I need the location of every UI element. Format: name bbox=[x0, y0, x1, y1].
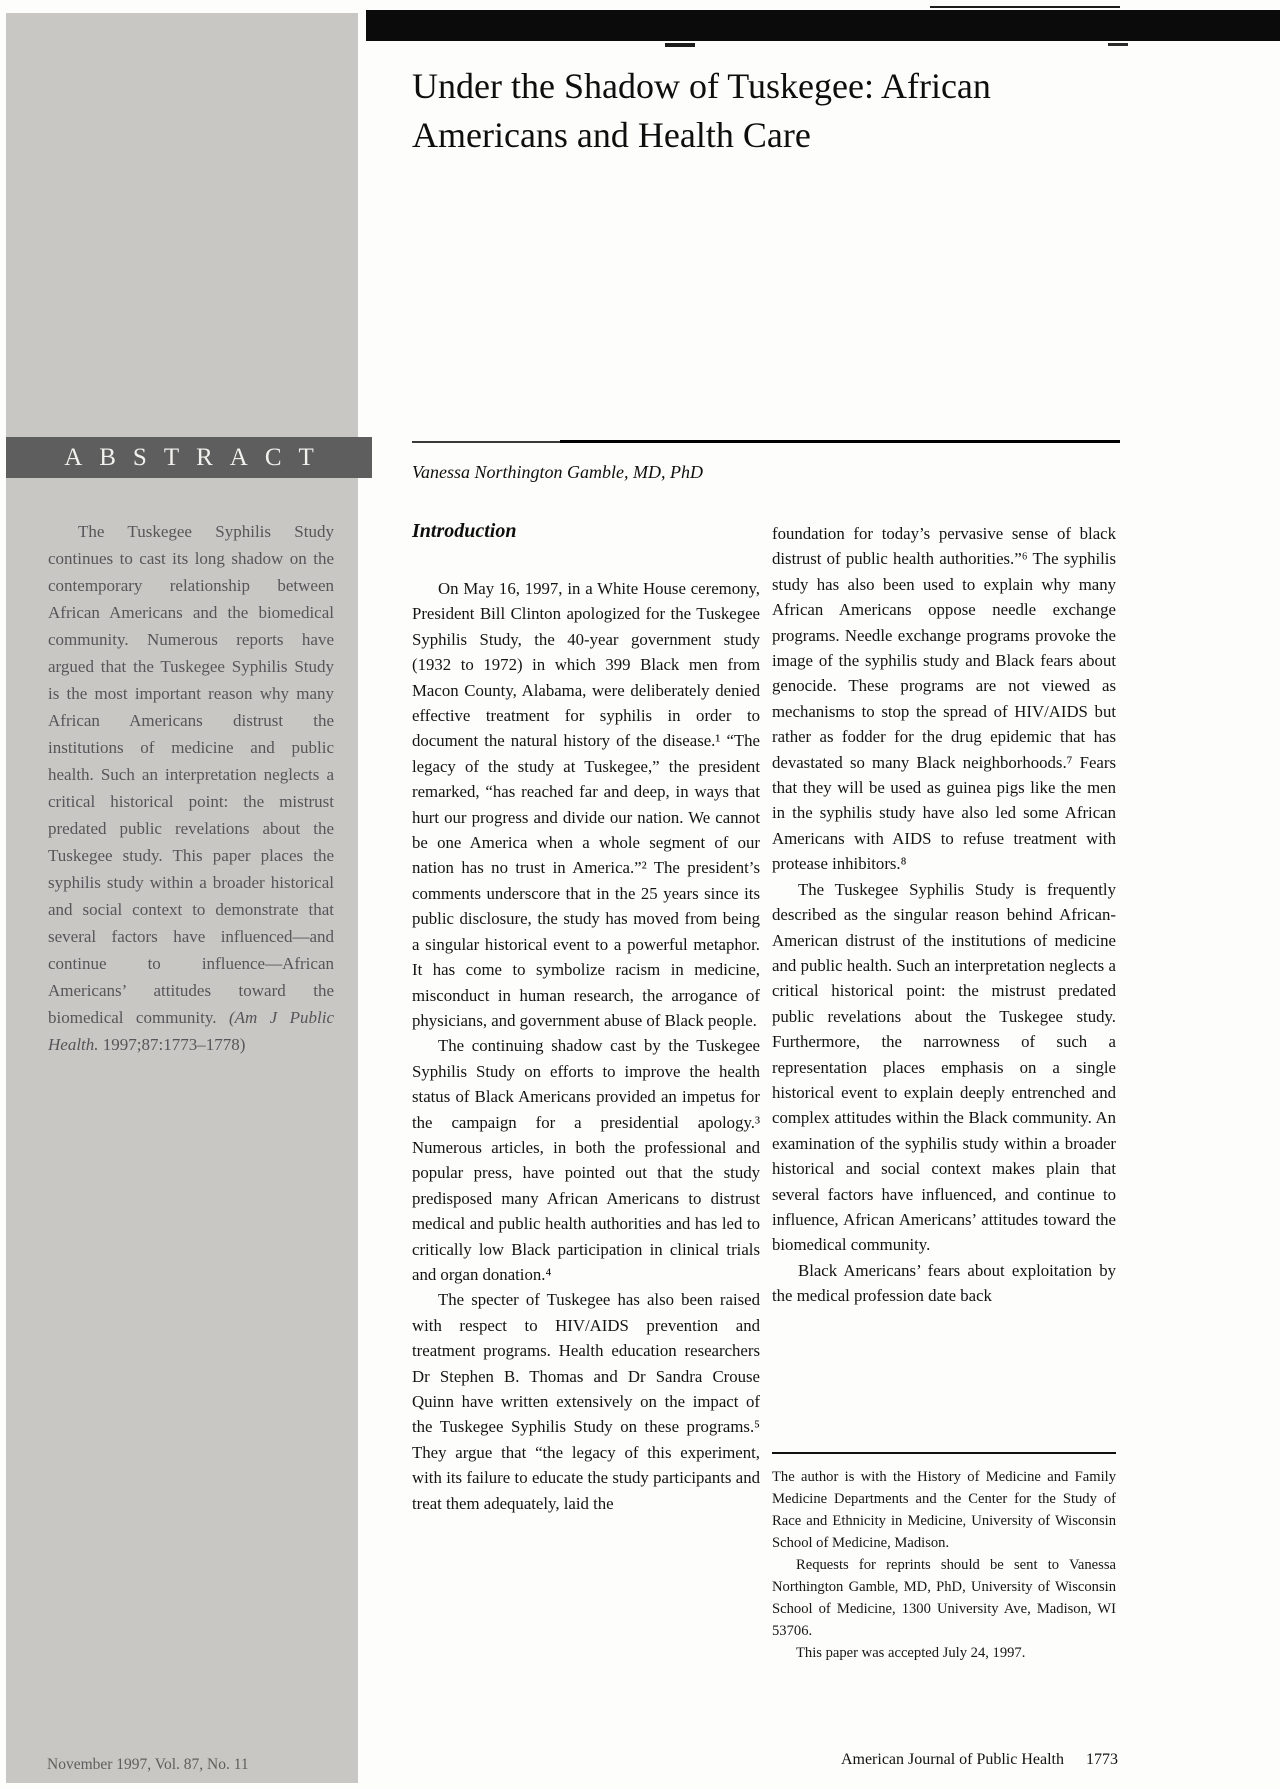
abstract-header-bar: ABSTRACT bbox=[6, 437, 372, 478]
article-title: Under the Shadow of Tuskegee: African Am… bbox=[412, 62, 1112, 160]
abstract-text: The Tuskegee Syphilis Study continues to… bbox=[48, 518, 334, 1058]
journal-name: American Journal of Public Health bbox=[841, 1751, 1064, 1768]
header-rule-dark-segment bbox=[560, 440, 1120, 443]
body-column-1: On May 16, 1997, in a White House ceremo… bbox=[412, 576, 760, 1516]
scan-artifact-dash bbox=[1108, 43, 1128, 46]
footnote-affiliation: The author is with the History of Medici… bbox=[772, 1466, 1116, 1554]
paragraph: On May 16, 1997, in a White House ceremo… bbox=[412, 576, 760, 1033]
body-column-2: foundation for today’s pervasive sense o… bbox=[772, 521, 1116, 1309]
scan-artifact-line bbox=[930, 6, 1120, 8]
abstract-sidebar: ABSTRACT The Tuskegee Syphilis Study con… bbox=[6, 13, 358, 1783]
paragraph: The Tuskegee Syphilis Study is frequentl… bbox=[772, 877, 1116, 1258]
abstract-citation-volume: 1997;87:1773–1778) bbox=[103, 1035, 246, 1054]
section-heading-introduction: Introduction bbox=[412, 520, 516, 543]
abstract-label: ABSTRACT bbox=[47, 444, 331, 472]
top-black-bar bbox=[366, 10, 1280, 41]
issue-footer: November 1997, Vol. 87, No. 11 bbox=[47, 1756, 249, 1774]
paragraph: foundation for today’s pervasive sense o… bbox=[772, 521, 1116, 877]
paragraph: The continuing shadow cast by the Tuskeg… bbox=[412, 1033, 760, 1287]
journal-footer: American Journal of Public Health1773 bbox=[700, 1751, 1118, 1769]
abstract-body: The Tuskegee Syphilis Study continues to… bbox=[48, 522, 334, 1027]
author-byline: Vanessa Northington Gamble, MD, PhD bbox=[412, 462, 1012, 483]
paragraph: The specter of Tuskegee has also been ra… bbox=[412, 1287, 760, 1516]
footnote-rule bbox=[772, 1452, 1116, 1454]
footnote-reprints: Requests for reprints should be sent to … bbox=[772, 1554, 1116, 1642]
paragraph: Black Americans’ fears about exploitatio… bbox=[772, 1258, 1116, 1309]
page-number: 1773 bbox=[1086, 1751, 1118, 1768]
scan-artifact-dash bbox=[665, 43, 695, 47]
footnote-accepted: This paper was accepted July 24, 1997. bbox=[772, 1642, 1116, 1664]
author-footnote: The author is with the History of Medici… bbox=[772, 1452, 1116, 1664]
journal-page: ABSTRACT The Tuskegee Syphilis Study con… bbox=[0, 0, 1280, 1789]
